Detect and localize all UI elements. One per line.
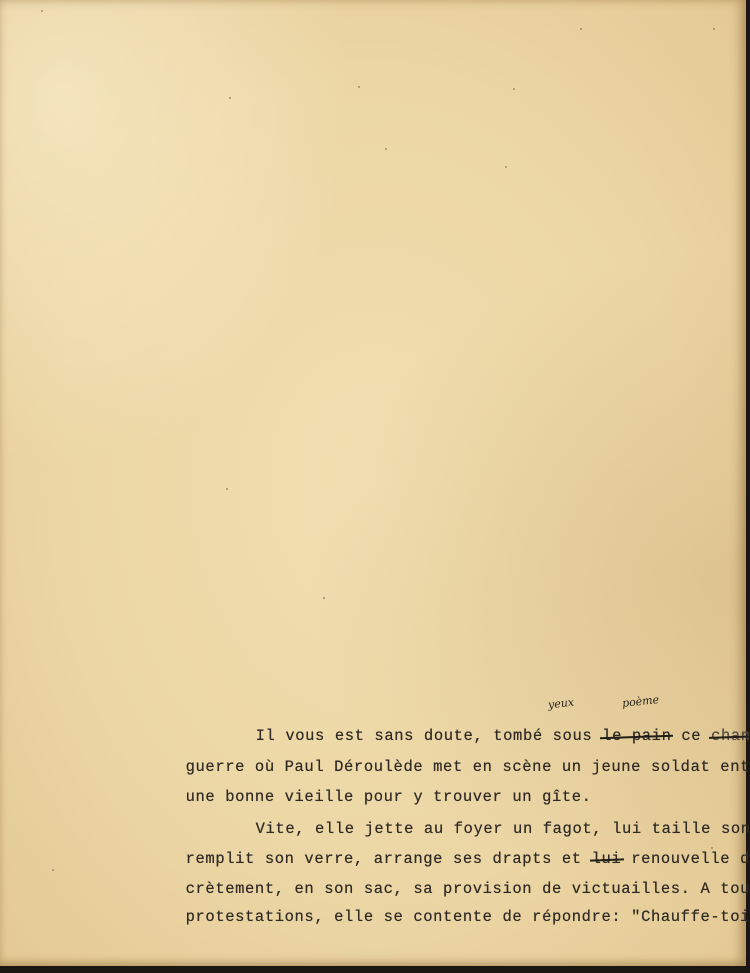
text-segment: protestations, elle se contente de répon… [186, 908, 750, 926]
handwritten-correction: poème [621, 693, 659, 710]
handwritten-correction: yeux [547, 696, 574, 712]
typed-text-body: Il vous est sans doute, tombé sous le pa… [0, 0, 750, 973]
text-line-7: protestations, elle se contente de répon… [146, 890, 750, 944]
